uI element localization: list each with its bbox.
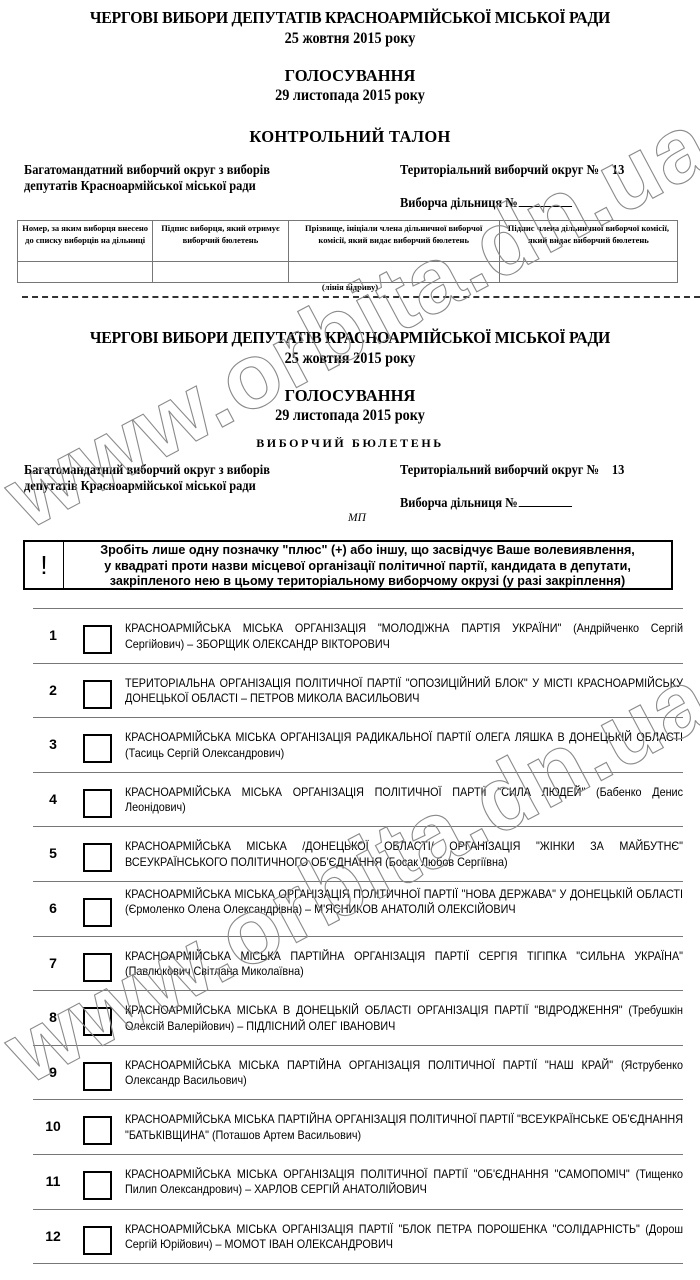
candidate-row: 8КРАСНОАРМІЙСЬКА МІСЬКА В ДОНЕЦЬКІЙ ОБЛА…: [33, 990, 683, 1045]
candidate-row: 10КРАСНОАРМІЙСЬКА МІСЬКА ПАРТІЙНА ОРГАНІ…: [33, 1099, 683, 1154]
talon-cell-voter-signature[interactable]: [153, 262, 288, 283]
candidate-checkbox[interactable]: [83, 1007, 112, 1036]
candidate-number: 1: [33, 627, 73, 643]
polling-station-field[interactable]: [519, 494, 572, 507]
talon-header-voter-signature: Підпис виборця, який отримує виборчий бю…: [153, 221, 288, 262]
candidate-row: 3КРАСНОАРМІЙСЬКА МІСЬКА ОРГАНІЗАЦІЯ РАДИ…: [33, 717, 683, 772]
ballot-voting-date: 29 листопада 2015 року: [28, 407, 672, 425]
candidate-number: 9: [33, 1064, 73, 1080]
candidate-row: 4КРАСНОАРМІЙСЬКА МІСЬКА ОРГАНІЗАЦІЯ ПОЛІ…: [33, 772, 683, 827]
ballot-election-title: ЧЕРГОВІ ВИБОРИ ДЕПУТАТІВ КРАСНОАРМІЙСЬКО…: [25, 328, 676, 348]
talon-election-date: 25 жовтня 2015 року: [28, 30, 672, 48]
talon-doc-type: КОНТРОЛЬНИЙ ТАЛОН: [0, 127, 700, 147]
candidate-name: КРАСНОАРМІЙСЬКА МІСЬКА ПАРТІЙНА ОРГАНІЗА…: [125, 1058, 683, 1089]
candidate-row: 2ТЕРИТОРІАЛЬНА ОРГАНІЗАЦІЯ ПОЛІТИЧНОЇ ПА…: [33, 663, 683, 718]
candidate-number: 7: [33, 955, 73, 971]
candidate-row: 11КРАСНОАРМІЙСЬКА МІСЬКА ОРГАНІЗАЦІЯ ПОЛ…: [33, 1154, 683, 1209]
candidate-name: КРАСНОАРМІЙСЬКА МІСЬКА ОРГАНІЗАЦІЯ ПОЛІТ…: [125, 785, 683, 816]
talon-election-title: ЧЕРГОВІ ВИБОРИ ДЕПУТАТІВ КРАСНОАРМІЙСЬКО…: [25, 8, 676, 28]
talon-territorial-district: Територіальний виборчий округ №13: [400, 162, 624, 178]
candidate-name: КРАСНОАРМІЙСЬКА МІСЬКА ОРГАНІЗАЦІЯ ПАРТІ…: [125, 1222, 683, 1253]
instruction-line: Зробіть лише одну позначку "плюс" (+) аб…: [64, 543, 671, 559]
talon-table: Номер, за яким виборця внесено до списку…: [17, 220, 678, 283]
candidate-checkbox[interactable]: [83, 625, 112, 654]
talon-cell-member-signature[interactable]: [499, 262, 677, 283]
candidate-name: КРАСНОАРМІЙСЬКА МІСЬКА /ДОНЕЦЬКОЇ ОБЛАСТ…: [125, 839, 683, 870]
polling-station-label: Виборча дільниця №: [400, 195, 518, 210]
candidate-checkbox[interactable]: [83, 1171, 112, 1200]
territorial-district-number: 13: [612, 162, 624, 177]
talon-header-member-name: Прізвище, ініціали члена дільничної вибо…: [288, 221, 499, 262]
candidate-checkbox[interactable]: [83, 734, 112, 763]
talon-cell-voter-number[interactable]: [18, 262, 153, 283]
candidate-number: 6: [33, 900, 73, 916]
tear-line[interactable]: [22, 296, 700, 298]
candidate-number: 3: [33, 736, 73, 752]
instruction-line: закріпленого нею в цьому територіальному…: [64, 574, 671, 590]
candidate-row: 9КРАСНОАРМІЙСЬКА МІСЬКА ПАРТІЙНА ОРГАНІЗ…: [33, 1045, 683, 1100]
district-line-2: депутатів Красноармійської міської ради: [24, 178, 270, 194]
talon-header-member-signature: Підпис члена дільничної виборчої комісії…: [499, 221, 677, 262]
candidate-number: 10: [33, 1118, 73, 1134]
candidate-number: 5: [33, 845, 73, 861]
territorial-district-number: 13: [612, 462, 624, 477]
candidate-checkbox[interactable]: [83, 1062, 112, 1091]
ballot-multimandate-district: Багатомандатний виборчий округ з виборів…: [24, 462, 270, 494]
candidate-list: 1КРАСНОАРМІЙСЬКА МІСЬКА ОРГАНІЗАЦІЯ "МОЛ…: [33, 608, 683, 1264]
territorial-district-label: Територіальний виборчий округ №: [400, 462, 599, 477]
instruction-text: Зробіть лише одну позначку "плюс" (+) аб…: [64, 542, 671, 588]
candidate-checkbox[interactable]: [83, 843, 112, 872]
talon-header-voter-number: Номер, за яким виборця внесено до списку…: [18, 221, 153, 262]
district-line-2: депутатів Красноармійської міської ради: [24, 478, 270, 494]
candidate-checkbox[interactable]: [83, 1226, 112, 1255]
candidate-number: 12: [33, 1228, 73, 1244]
ballot-doc-type: ВИБОРЧИЙ БЮЛЕТЕНЬ: [0, 436, 700, 451]
district-line-1: Багатомандатний виборчий округ з виборів: [24, 462, 270, 478]
talon-voting-date: 29 листопада 2015 року: [28, 87, 672, 105]
polling-station-field[interactable]: [519, 194, 572, 207]
candidate-number: 11: [33, 1173, 73, 1189]
candidate-row: 6КРАСНОАРМІЙСЬКА МІСЬКА ОРГАНІЗАЦІЯ ПОЛІ…: [33, 881, 683, 936]
candidate-checkbox[interactable]: [83, 953, 112, 982]
candidate-name: КРАСНОАРМІЙСЬКА МІСЬКА ОРГАНІЗАЦІЯ РАДИК…: [125, 730, 683, 761]
talon-cell-member-name[interactable]: [288, 262, 499, 283]
candidate-number: 2: [33, 682, 73, 698]
candidate-name: КРАСНОАРМІЙСЬКА МІСЬКА В ДОНЕЦЬКІЙ ОБЛАС…: [125, 1003, 683, 1034]
voting-instruction-box: ! Зробіть лише одну позначку "плюс" (+) …: [23, 540, 673, 590]
candidate-row: 7КРАСНОАРМІЙСЬКА МІСЬКА ПАРТІЙНА ОРГАНІЗ…: [33, 936, 683, 991]
candidate-name: КРАСНОАРМІЙСЬКА МІСЬКА ОРГАНІЗАЦІЯ ПОЛІТ…: [125, 887, 683, 918]
candidate-number: 8: [33, 1009, 73, 1025]
talon-multimandate-district: Багатомандатний виборчий округ з виборів…: [24, 162, 270, 194]
polling-station-label: Виборча дільниця №: [400, 495, 518, 510]
talon-voting-label: ГОЛОСУВАННЯ: [0, 66, 700, 86]
candidate-name: КРАСНОАРМІЙСЬКА МІСЬКА ПАРТІЙНА ОРГАНІЗА…: [125, 1112, 683, 1143]
candidate-row: 12КРАСНОАРМІЙСЬКА МІСЬКА ОРГАНІЗАЦІЯ ПАР…: [33, 1209, 683, 1265]
ballot-polling-station: Виборча дільниця №: [400, 494, 572, 511]
exclamation-icon: !: [25, 542, 64, 588]
ballot-territorial-district: Територіальний виборчий округ №13: [400, 462, 624, 478]
candidate-checkbox[interactable]: [83, 680, 112, 709]
tear-line-label: (лінія відриву): [0, 282, 700, 292]
candidate-checkbox[interactable]: [83, 898, 112, 927]
district-line-1: Багатомандатний виборчий округ з виборів: [24, 162, 270, 178]
candidate-name: КРАСНОАРМІЙСЬКА МІСЬКА ОРГАНІЗАЦІЯ "МОЛО…: [125, 621, 683, 652]
candidate-number: 4: [33, 791, 73, 807]
ballot-voting-label: ГОЛОСУВАННЯ: [0, 386, 700, 406]
candidate-name: КРАСНОАРМІЙСЬКА МІСЬКА ПАРТІЙНА ОРГАНІЗА…: [125, 949, 683, 980]
candidate-row: 1КРАСНОАРМІЙСЬКА МІСЬКА ОРГАНІЗАЦІЯ "МОЛ…: [33, 608, 683, 663]
candidate-checkbox[interactable]: [83, 789, 112, 818]
candidate-row: 5КРАСНОАРМІЙСЬКА МІСЬКА /ДОНЕЦЬКОЇ ОБЛАС…: [33, 826, 683, 881]
candidate-name: ТЕРИТОРІАЛЬНА ОРГАНІЗАЦІЯ ПОЛІТИЧНОЇ ПАР…: [125, 676, 683, 707]
ballot-election-date: 25 жовтня 2015 року: [28, 350, 672, 368]
talon-polling-station: Виборча дільниця №: [400, 194, 572, 211]
instruction-line: у квадраті проти назви місцевої організа…: [64, 559, 671, 575]
candidate-checkbox[interactable]: [83, 1116, 112, 1145]
candidate-name: КРАСНОАРМІЙСЬКА МІСЬКА ОРГАНІЗАЦІЯ ПОЛІТ…: [125, 1167, 683, 1198]
territorial-district-label: Територіальний виборчий округ №: [400, 162, 599, 177]
stamp-place-label: МП: [348, 512, 366, 524]
